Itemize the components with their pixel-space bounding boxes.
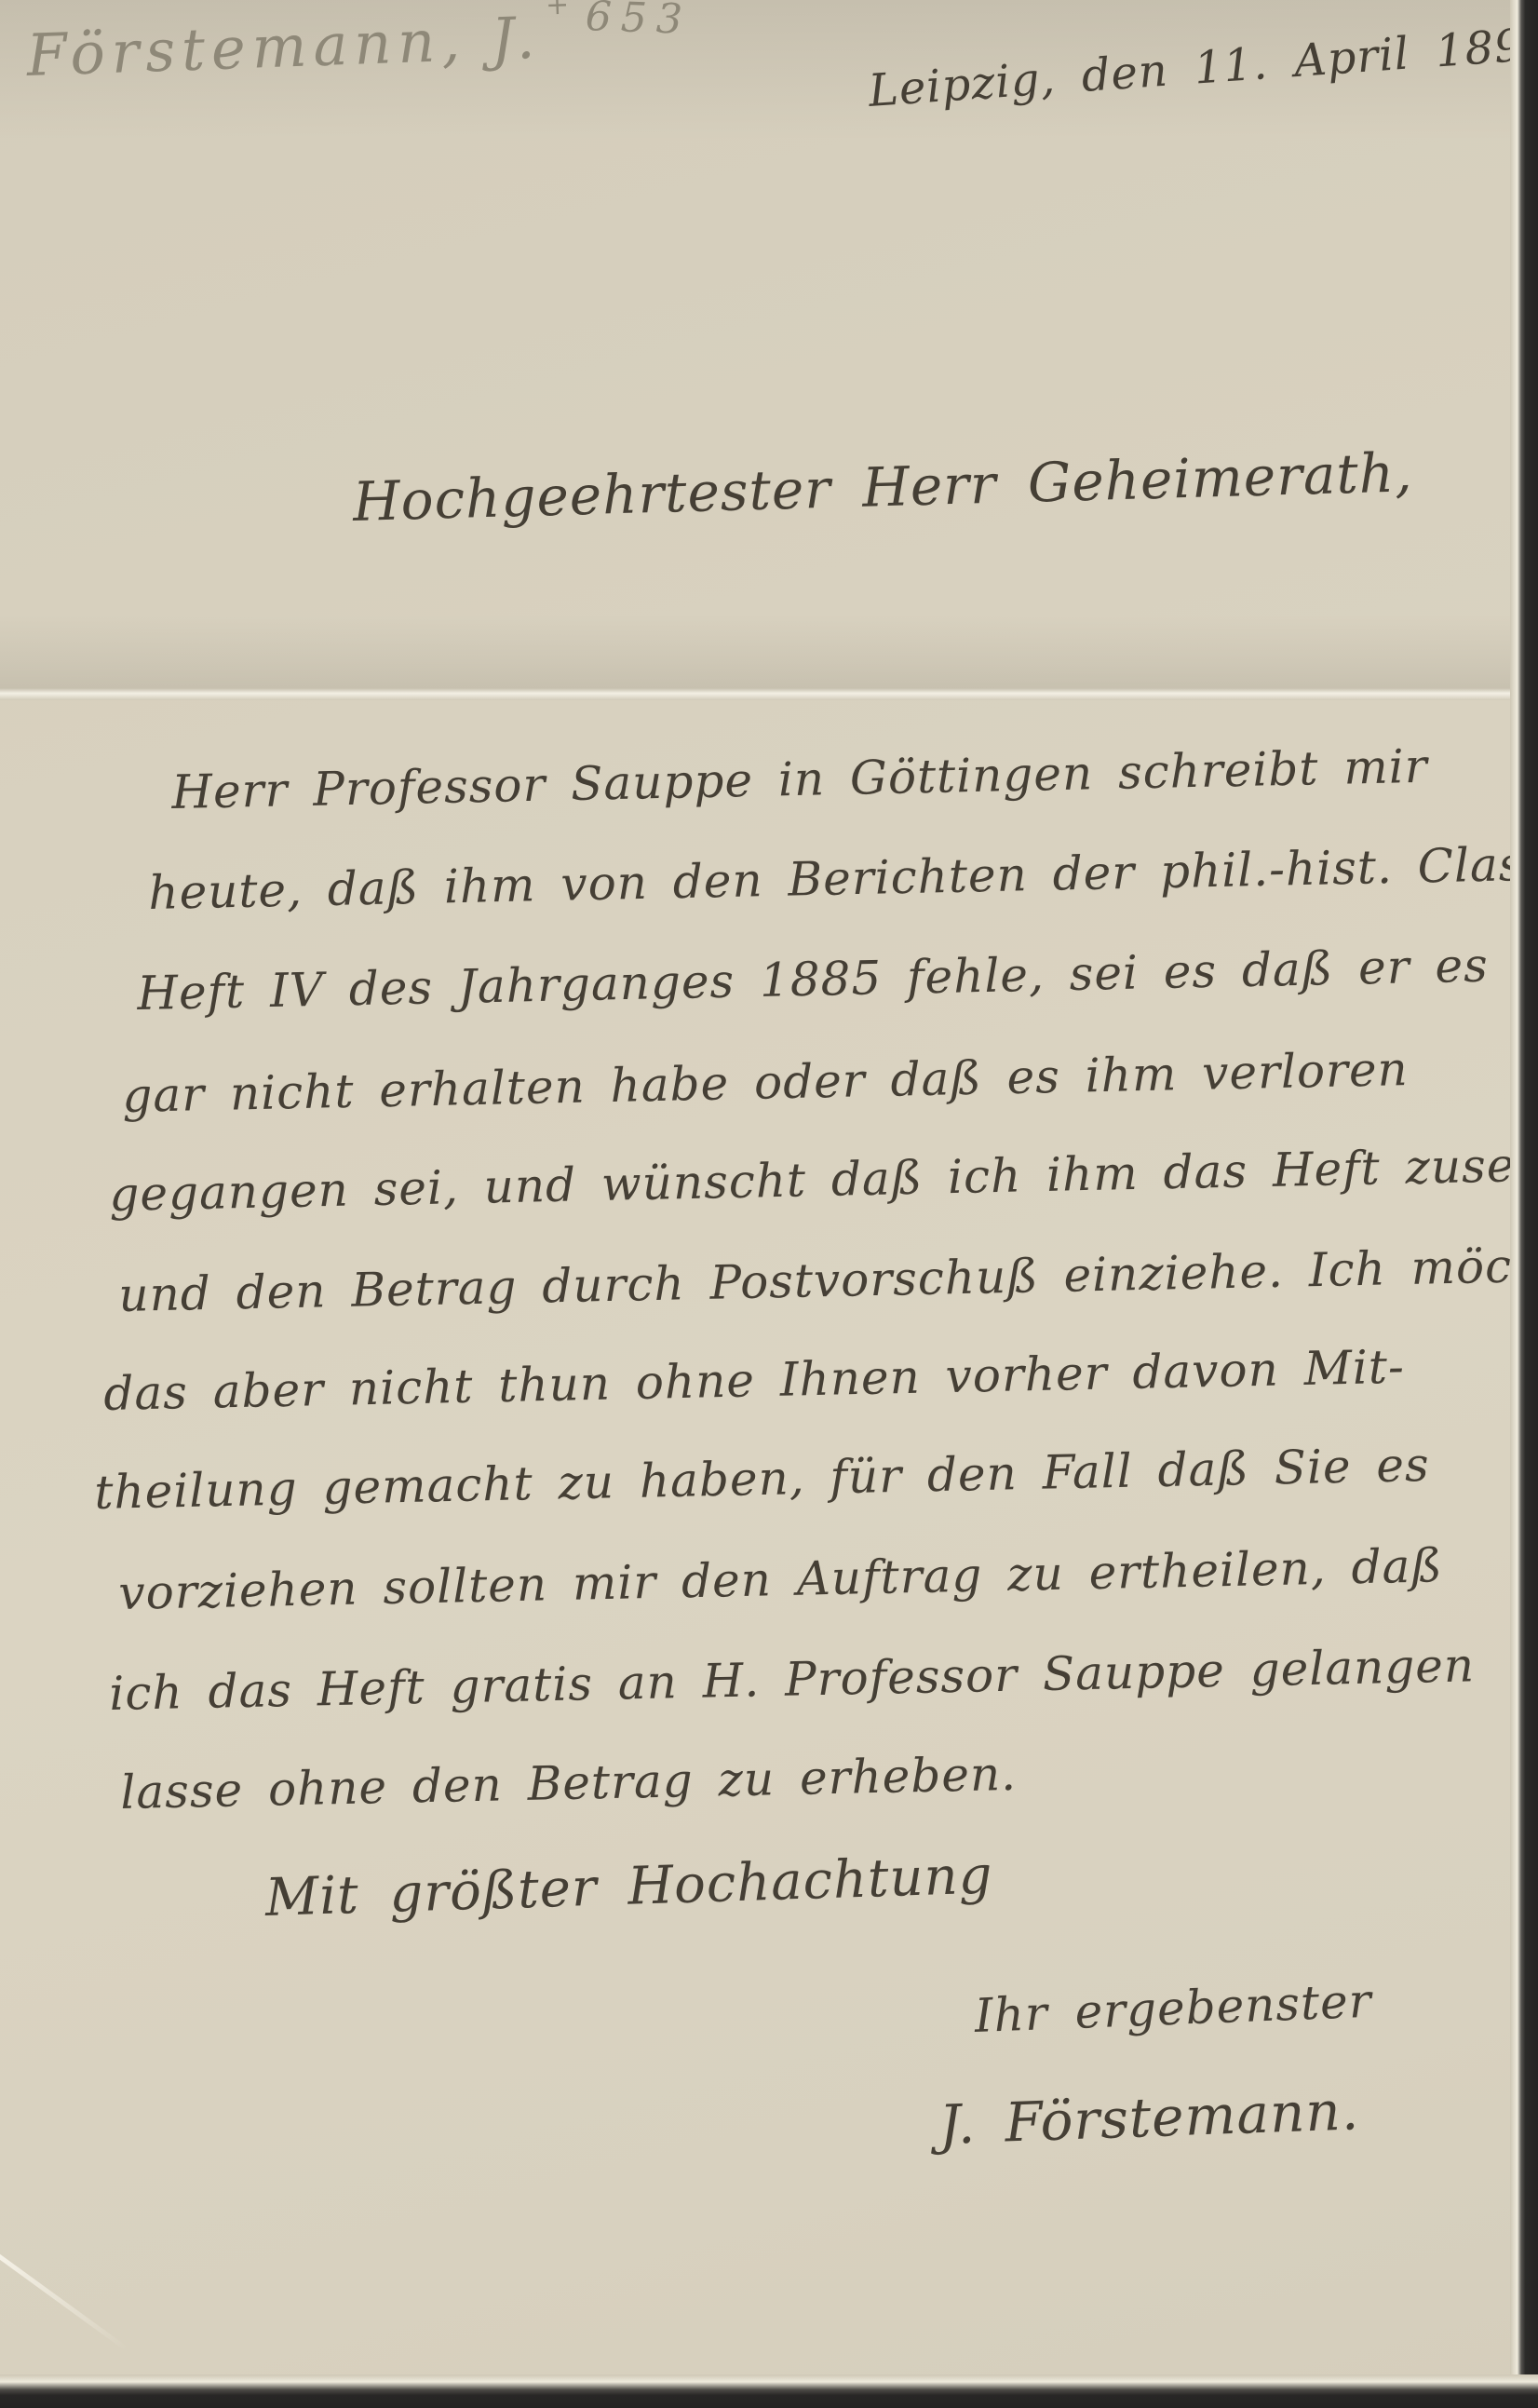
salutation: Hochgeehrtester Herr Geheimerath, <box>352 440 1413 534</box>
body-line: vorziehen sollten mir den Auftrag zu ert… <box>118 1538 1443 1620</box>
horizontal-fold-crease <box>0 615 1538 700</box>
body-line: Heft IV des Jahrganges 1885 fehle, sei e… <box>137 939 1489 1021</box>
signature: J. Förstemann. <box>938 2078 1361 2157</box>
body-line: theilung gemacht zu haben, für den Fall … <box>94 1438 1430 1520</box>
pencil-page-number: 653 <box>585 0 693 44</box>
scanned-letter-page: Förstemann, J.+ 653 Leipzig, den 11. Apr… <box>0 0 1538 2408</box>
bottom-left-crease <box>0 2254 128 2351</box>
body-line: und den Betrag durch Postvorschuß einzie… <box>118 1238 1538 1322</box>
body-line: heute, daß ihm von den Berichten der phi… <box>148 836 1538 920</box>
body-line: gar nicht erhalten habe oder daß es ihm … <box>122 1042 1409 1123</box>
scan-edge-right <box>1510 0 1538 2408</box>
dateline: Leipzig, den 11. April 1890. <box>867 10 1538 117</box>
closing-formula: Mit größter Hochachtung <box>264 1845 993 1928</box>
scan-edge-bottom <box>0 2374 1538 2408</box>
body-line: ich das Heft gratis an H. Professor Saup… <box>109 1638 1476 1721</box>
pencil-annotation-name: Förstemann, J.+ <box>25 0 572 89</box>
body-line: das aber nicht thun ohne Ihnen vorher da… <box>103 1340 1406 1421</box>
body-line: gegangen sei, und wünscht daß ich ihm da… <box>109 1136 1538 1222</box>
body-line: lasse ohne den Betrag zu erheben. <box>120 1747 1018 1820</box>
valediction: Ihr ergebenster <box>974 1974 1373 2043</box>
body-line: Herr Professor Sauppe in Göttingen schre… <box>171 739 1428 819</box>
archivist-cross-mark: + <box>545 0 569 22</box>
archivist-name-text: Förstemann, J. <box>25 4 542 89</box>
